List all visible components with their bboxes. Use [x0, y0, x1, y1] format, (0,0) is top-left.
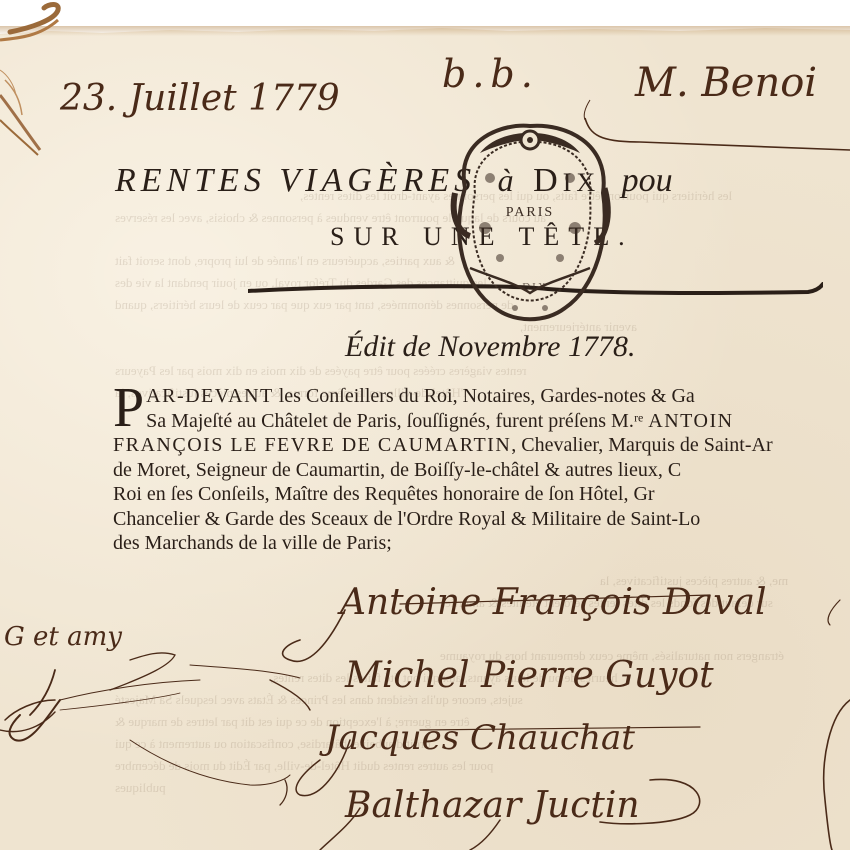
stamp-dix-text: DIX	[522, 281, 548, 293]
handwritten-recipient: M. Benoi	[635, 60, 817, 106]
body-line-2: Sa Majeſté au Châtelet de Paris, ſouſſig…	[113, 409, 850, 434]
body-line-4: de Moret, Seigneur de Caumartin, de Boiſ…	[113, 458, 850, 483]
body-line-6: Chancelier & Garde des Sceaux de l'Ordre…	[113, 507, 850, 532]
body-line-1: AR-DEVANT les Conſeillers du Roi, Notair…	[113, 384, 850, 409]
body-line-3: FRANÇOIS LE FEVRE DE CAUMARTIN, Chevalie…	[113, 433, 850, 458]
stamp-paris-text: PARIS	[506, 205, 554, 220]
signature-1: Antoine François Daval	[340, 582, 767, 623]
signature-4: Balthazar Juctin	[345, 785, 640, 826]
margin-note: G et amy	[4, 622, 122, 652]
body-line-5: Roi en ſes Conſeils, Maître des Requêtes…	[113, 482, 850, 507]
body-paragraph: P AR-DEVANT les Conſeillers du Roi, Nota…	[113, 384, 850, 556]
title-rentes-viageres: RENTES VIAGÈRES	[115, 162, 476, 199]
handwritten-mark: b.b.	[442, 52, 539, 96]
body-line-7: des Marchands de la ville de Paris;	[113, 531, 850, 556]
signature-3: Jacques Chauchat	[325, 718, 635, 758]
title-pour: pou	[622, 162, 673, 199]
signature-2: Michel Pierre Guyot	[345, 655, 714, 696]
handwritten-date: 23. Juillet 1779	[60, 78, 340, 119]
edict-line: Édit de Novembre 1778.	[345, 330, 636, 364]
paris-stamp: PARIS DIX	[445, 118, 615, 333]
drop-cap: P	[113, 386, 144, 430]
